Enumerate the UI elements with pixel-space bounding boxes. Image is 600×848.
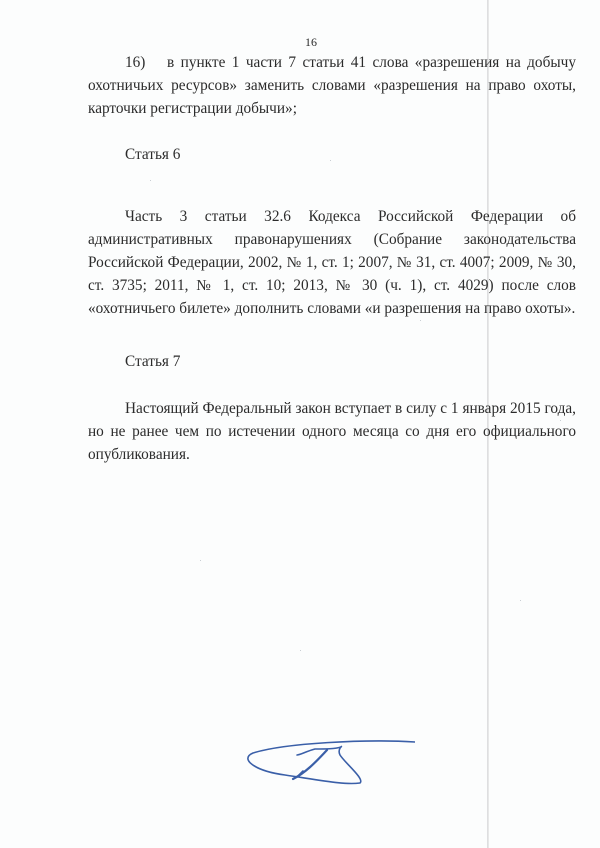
article-6-text: Часть 3 статьи 32.6 Кодекса Российской Ф… [88,208,576,317]
article-7-heading: Статья 7 [88,350,180,373]
item-16-paragraph: 16)в пункте 1 части 7 статьи 41 слова «р… [88,51,576,120]
article-7-paragraph: Настоящий Федеральный закон вступает в с… [88,397,576,466]
handwritten-signature-icon [245,725,415,805]
article-6-heading: Статья 6 [88,143,180,166]
article-6-paragraph: Часть 3 статьи 32.6 Кодекса Российской Ф… [88,205,576,320]
article-7-text: Настоящий Федеральный закон вступает в с… [88,400,576,463]
item-number: 16) [125,51,167,74]
page-number: 16 [0,35,600,50]
document-page: 16 16)в пункте 1 части 7 статьи 41 слова… [0,0,600,848]
